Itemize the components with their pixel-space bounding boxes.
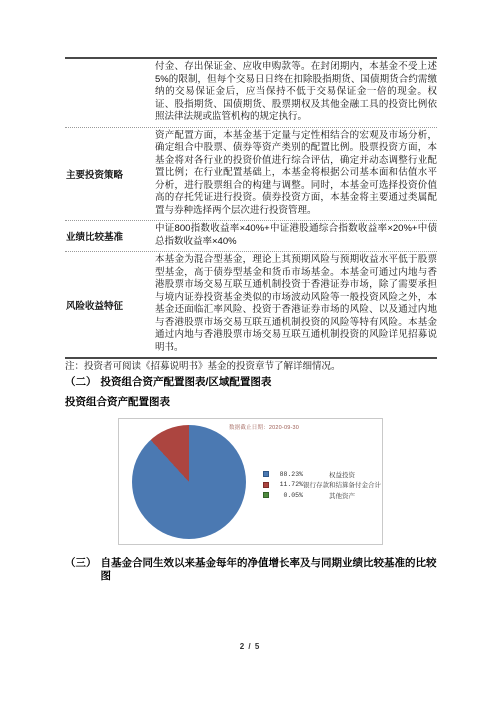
table-row-label: [65, 59, 155, 127]
pie-chart-frame: 数据截止日期：2020-09-30 88.23% 权益投资 11.72% 银行存…: [118, 418, 383, 545]
legend-value: 0.05%: [273, 492, 303, 499]
page-content: 付金、存出保证金、应收申购款等。在封闭期内，本基金不受上述5%的限制，但每个交易…: [65, 57, 437, 583]
table-row-text: 付金、存出保证金、应收申购款等。在封闭期内，本基金不受上述5%的限制，但每个交易…: [155, 59, 437, 127]
chart-subtitle: 投资组合资产配置图表: [65, 396, 437, 409]
legend-swatch-equity: [263, 471, 269, 477]
section-3-title: 自基金合同生效以来基金每年的净值增长率及与同期业绩比较基准的比较图: [101, 557, 438, 583]
reader-note: 注：投资者可阅读《招募说明书》基金的投资章节了解详细情况。: [65, 361, 437, 373]
table-row: 业绩比较基准 中证800指数收益率×40%+中证港股通综合指数收益率×20%+中…: [65, 221, 437, 252]
section-3-marker: （三）: [65, 557, 101, 583]
table-row-label: 主要投资策略: [65, 128, 155, 221]
table-row: 付金、存出保证金、应收申购款等。在封闭期内，本基金不受上述5%的限制，但每个交易…: [65, 59, 437, 128]
table-row: 风险收益特征 本基金为混合型基金，理论上其预期风险与预期收益水平低于股票型基金，…: [65, 252, 437, 357]
legend-label: 权益投资: [303, 470, 381, 479]
chart-data-date: 数据截止日期：2020-09-30: [229, 423, 299, 431]
chart-legend: 88.23% 权益投资 11.72% 银行存款和结算备付金合计 0.05% 其他…: [263, 469, 381, 501]
section-2-title: 投资组合资产配置图表/区域配置图表: [101, 376, 272, 389]
table-row-text: 本基金为混合型基金，理论上其预期风险与预期收益水平低于股票型基金，高于债券型基金…: [155, 252, 437, 357]
legend-row: 11.72% 银行存款和结算备付金合计: [263, 480, 381, 491]
legend-label: 其他资产: [303, 491, 381, 500]
table-row-text: 资产配置方面，本基金基于定量与定性相结合的宏观及市场分析，确定组合中股票、债券等…: [155, 128, 437, 221]
legend-row: 0.05% 其他资产: [263, 490, 381, 501]
section-3-heading: （三） 自基金合同生效以来基金每年的净值增长率及与同期业绩比较基准的比较图: [65, 557, 437, 583]
pie-chart: [132, 425, 246, 539]
legend-swatch-deposit: [263, 482, 269, 488]
table-row: 主要投资策略 资产配置方面，本基金基于定量与定性相结合的宏观及市场分析，确定组合…: [65, 128, 437, 222]
legend-label: 银行存款和结算备付金合计: [303, 480, 381, 489]
section-2-heading: （二） 投资组合资产配置图表/区域配置图表: [65, 376, 437, 389]
legend-value: 88.23%: [273, 471, 303, 478]
table-row-text: 中证800指数收益率×40%+中证港股通综合指数收益率×20%+中债总指数收益率…: [155, 221, 437, 251]
section-2-marker: （二）: [65, 376, 101, 389]
table-row-label: 业绩比较基准: [65, 221, 155, 251]
legend-value: 11.72%: [273, 481, 303, 488]
page-number: 2 / 5: [0, 642, 500, 651]
fund-info-table: 付金、存出保证金、应收申购款等。在封闭期内，本基金不受上述5%的限制，但每个交易…: [65, 57, 437, 359]
table-row-label: 风险收益特征: [65, 252, 155, 357]
legend-swatch-other: [263, 492, 269, 498]
legend-row: 88.23% 权益投资: [263, 469, 381, 480]
